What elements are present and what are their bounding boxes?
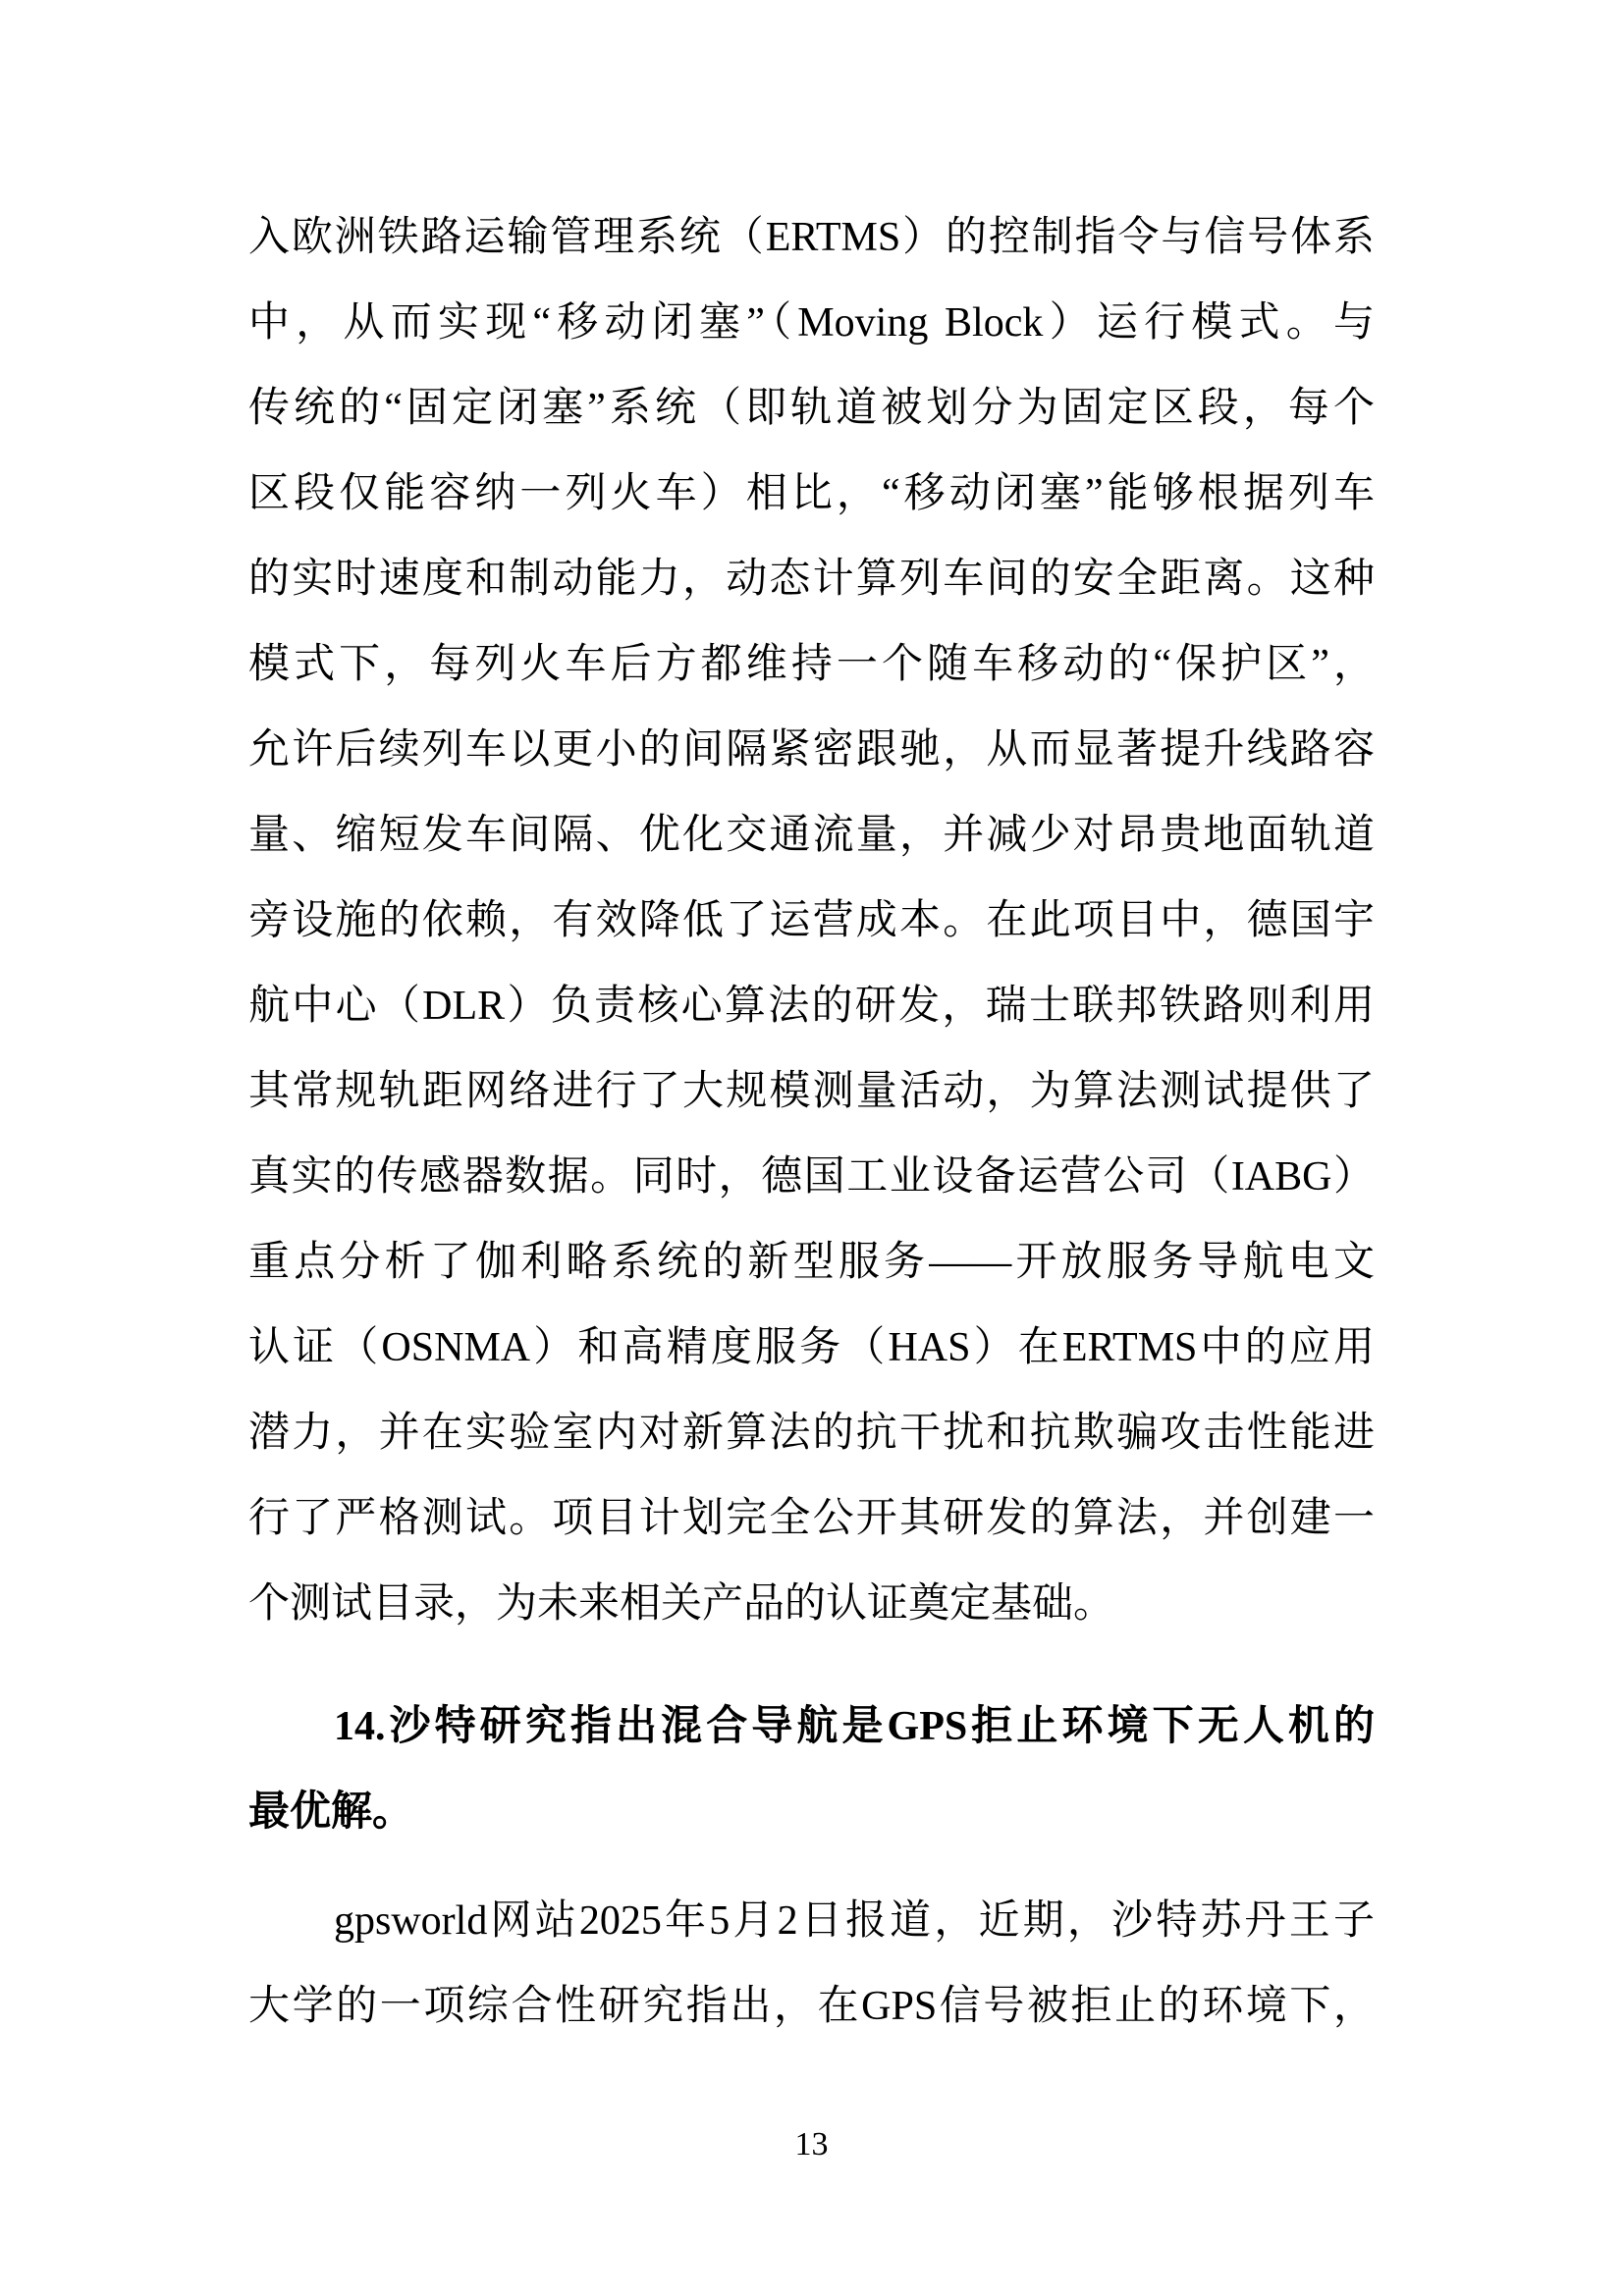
body-line: 中，从而实现“移动闭塞”（Moving Block）运行模式。与: [248, 281, 1375, 366]
body-line: 潜力，并在实验室内对新算法的抗干扰和抗欺骗攻击性能进: [248, 1391, 1375, 1476]
heading-line: 最优解。: [248, 1770, 1375, 1855]
document-page: 入欧洲铁路运输管理系统（ERTMS）的控制指令与信号体系 中，从而实现“移动闭塞…: [0, 0, 1624, 2296]
body-line: 模式下，每列火车后方都维持一个随车移动的“保护区”，: [248, 622, 1375, 708]
page-number: 13: [248, 2125, 1375, 2164]
body-line: 重点分析了伽利略系统的新型服务——开放服务导航电文: [248, 1220, 1375, 1306]
paragraph-continuation: 入欧洲铁路运输管理系统（ERTMS）的控制指令与信号体系 中，从而实现“移动闭塞…: [248, 195, 1375, 1647]
body-line: 量、缩短发车间隔、优化交通流量，并减少对昂贵地面轨道: [248, 793, 1375, 879]
body-line: 允许后续列车以更小的间隔紧密跟驰，从而显著提升线路容: [248, 708, 1375, 793]
heading-line: 14.沙特研究指出混合导航是GPS拒止环境下无人机的: [248, 1684, 1375, 1770]
section-heading: 14.沙特研究指出混合导航是GPS拒止环境下无人机的 最优解。: [248, 1684, 1375, 1855]
body-line: 个测试目录，为未来相关产品的认证奠定基础。: [248, 1562, 1375, 1647]
body-line: 区段仅能容纳一列火车）相比，“移动闭塞”能够根据列车: [248, 452, 1375, 537]
body-line: 入欧洲铁路运输管理系统（ERTMS）的控制指令与信号体系: [248, 195, 1375, 281]
body-line: 的实时速度和制动能力，动态计算列车间的安全距离。这种: [248, 537, 1375, 622]
body-line: 行了严格测试。项目计划完全公开其研发的算法，并创建一: [248, 1476, 1375, 1562]
body-line: 传统的“固定闭塞”系统（即轨道被划分为固定区段，每个: [248, 366, 1375, 452]
body-line: 航中心（DLR）负责核心算法的研发，瑞士联邦铁路则利用: [248, 964, 1375, 1049]
body-line: 认证（OSNMA）和高精度服务（HAS）在ERTMS中的应用: [248, 1306, 1375, 1391]
body-line: 旁设施的依赖，有效降低了运营成本。在此项目中，德国宇: [248, 879, 1375, 964]
paragraph: gpsworld网站2025年5月2日报道，近期，沙特苏丹王子 大学的一项综合性…: [248, 1879, 1375, 2050]
body-line: 真实的传感器数据。同时，德国工业设备运营公司（IABG）: [248, 1135, 1375, 1220]
body-line: gpsworld网站2025年5月2日报道，近期，沙特苏丹王子: [248, 1879, 1375, 1964]
body-line: 其常规轨距网络进行了大规模测量活动，为算法测试提供了: [248, 1049, 1375, 1135]
body-line: 大学的一项综合性研究指出，在GPS信号被拒止的环境下，: [248, 1964, 1375, 2050]
